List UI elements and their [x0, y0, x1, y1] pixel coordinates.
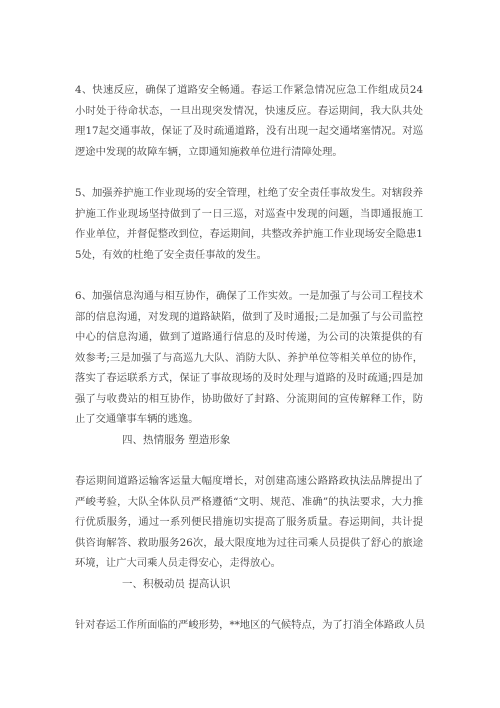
paragraph-spring-festival-service: 春运期间道路运输客运量大幅度增长，对创建高速公路路政执法品牌提出了严峻考验，大队… — [75, 471, 423, 574]
section-heading-active-mobilization: 一、积极动员 提高认识 — [75, 574, 423, 595]
paragraph-information-coordination: 6、加强信息沟通与相互协作，确保了工作实效。一是加强了与公司工程技术部的信息沟通… — [75, 286, 423, 430]
paragraph-mobilization-intro: 针对春运工作所面临的严峻形势，**地区的气候特点，为了打消全体路政人员 — [75, 615, 423, 636]
section-heading-warm-service: 四、热情服务 塑造形象 — [75, 430, 423, 451]
paragraph-quick-response: 4、快速反应，确保了道路安全畅通。春运工作紧急情况应急工作组成员24小时处于待命… — [75, 80, 423, 162]
document-page: 4、快速反应，确保了道路安全畅通。春运工作紧急情况应急工作组成员24小时处于待命… — [0, 0, 500, 708]
paragraph-maintenance-site-safety: 5、加强养护施工作业现场的安全管理，杜绝了安全责任事故发生。对辖段养护施工作业现… — [75, 183, 423, 265]
